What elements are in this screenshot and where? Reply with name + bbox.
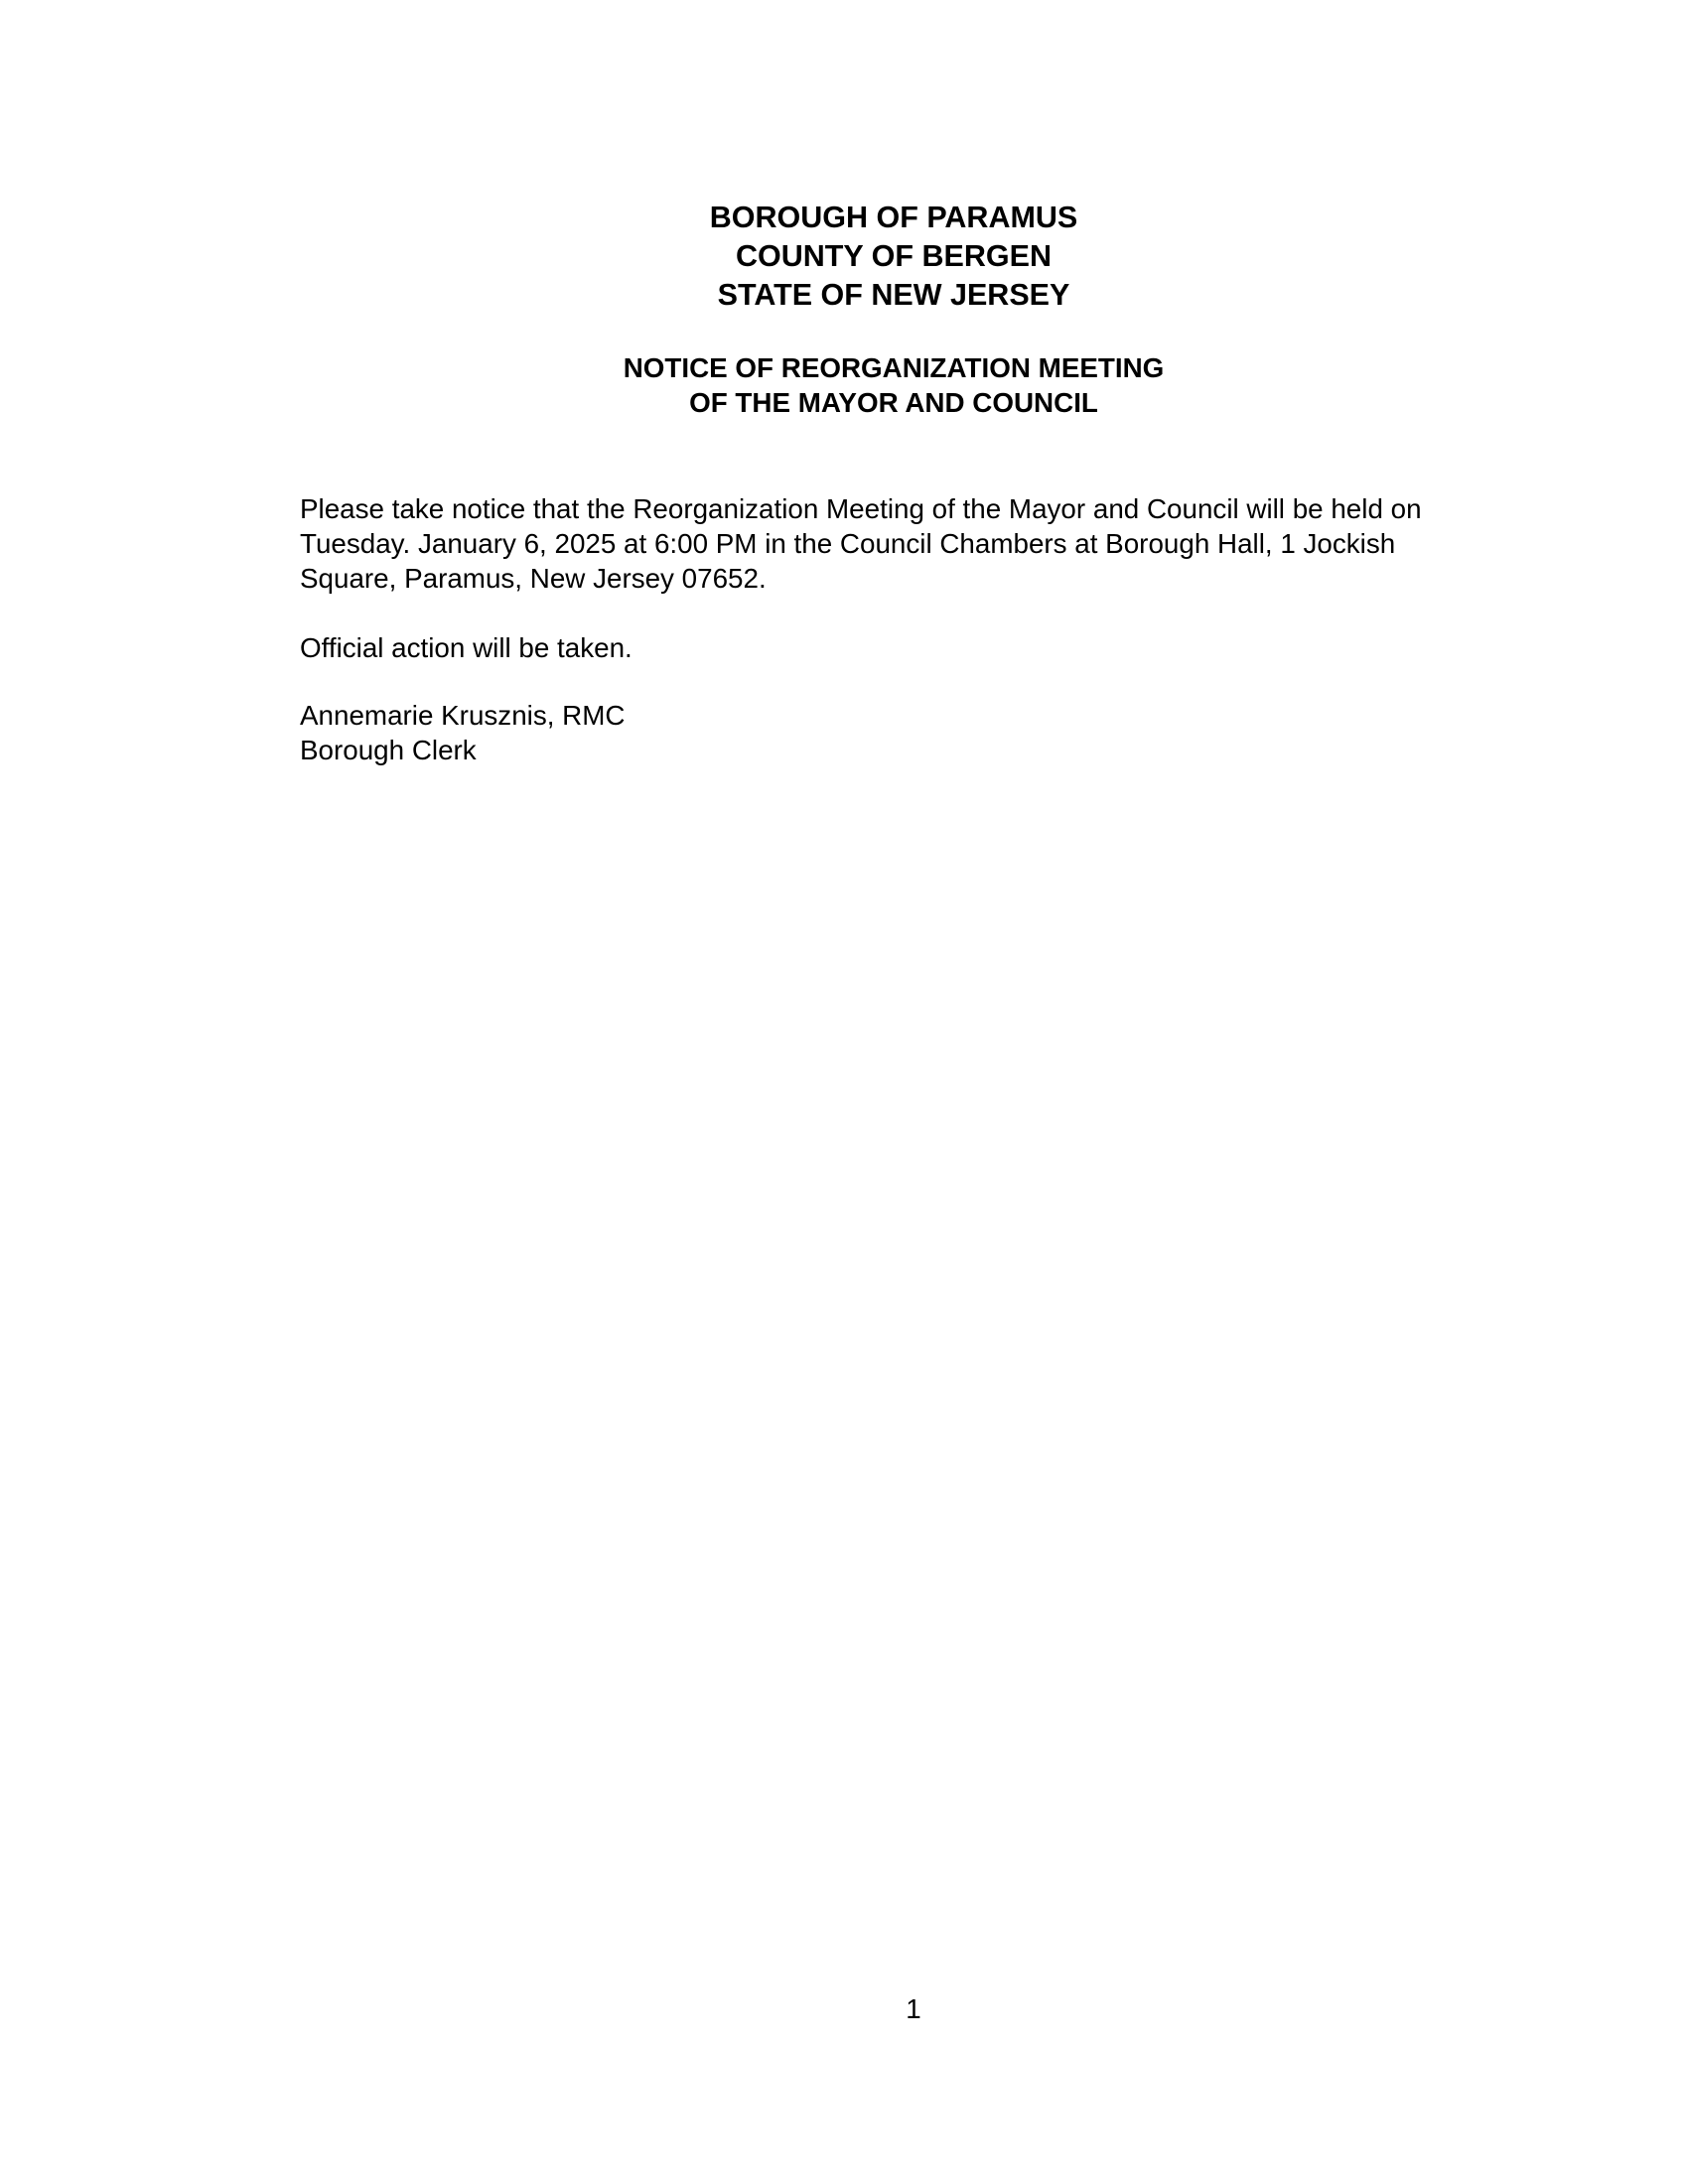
notice-line-3: Square, Paramus, New Jersey 07652. [300, 561, 1501, 596]
notice-line-2: Tuesday. January 6, 2025 at 6:00 PM in t… [300, 526, 1501, 561]
org-name-line: BOROUGH OF PARAMUS [298, 199, 1489, 237]
action-statement: Official action will be taken. [300, 630, 1501, 665]
action-statement-text: Official action will be taken. [300, 630, 1501, 665]
signature-block: Annemarie Krusznis, RMC Borough Clerk [300, 698, 1501, 767]
page-number: 1 [874, 1991, 953, 2026]
notice-title-line-1: NOTICE OF REORGANIZATION MEETING [298, 350, 1489, 385]
document-page: BOROUGH OF PARAMUS COUNTY OF BERGEN STAT… [0, 0, 1688, 2184]
organization-heading: BOROUGH OF PARAMUS COUNTY OF BERGEN STAT… [298, 199, 1489, 315]
notice-paragraph: Please take notice that the Reorganizati… [300, 491, 1501, 596]
notice-title-line-2: OF THE MAYOR AND COUNCIL [298, 385, 1489, 420]
state-line: STATE OF NEW JERSEY [298, 276, 1489, 315]
notice-title: NOTICE OF REORGANIZATION MEETING OF THE … [298, 350, 1489, 420]
signatory-title: Borough Clerk [300, 733, 1501, 767]
notice-line-1: Please take notice that the Reorganizati… [300, 491, 1501, 526]
county-line: COUNTY OF BERGEN [298, 237, 1489, 276]
signatory-name: Annemarie Krusznis, RMC [300, 698, 1501, 733]
